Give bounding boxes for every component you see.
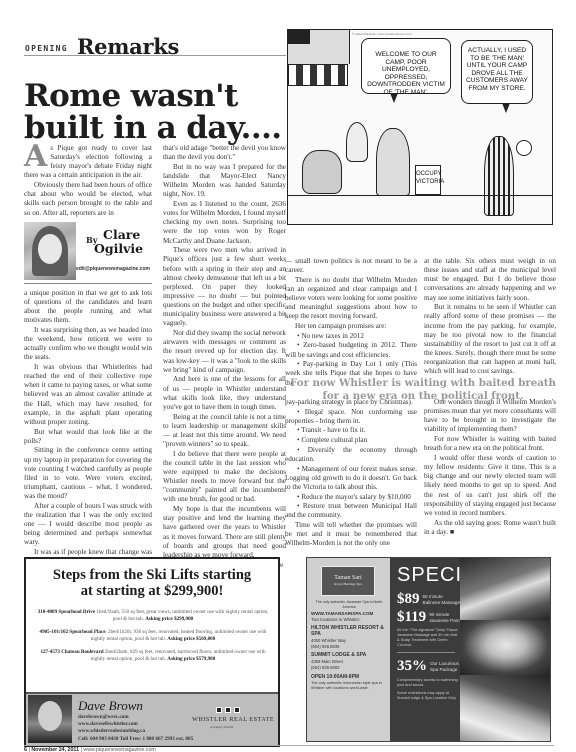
- author-last-name: Ogilvie: [94, 244, 143, 253]
- article-paragraph: Being at the council table is not a time…: [163, 413, 286, 450]
- location-2-phone: (604) 938.5982: [311, 665, 387, 671]
- author-first-name: Clare: [103, 230, 140, 239]
- promise-item: • Complete cultural plan: [285, 436, 417, 445]
- brand-logo-icon: [234, 707, 240, 713]
- article-paragraph: that's old adage "better the devil you k…: [163, 144, 286, 162]
- agent-email-link[interactable]: davebrown@wrec.com: [78, 714, 129, 720]
- cartoon-figure-protester: [376, 128, 410, 196]
- article-paragraph: a unique position in that we get to ask …: [24, 289, 152, 326]
- spa-photo-woman: [460, 620, 551, 675]
- agent-website-link[interactable]: www.davesellswhistler.com: [78, 721, 138, 727]
- spa-tagline: The only authentic Javanese Spa in North…: [311, 600, 387, 609]
- offer-1: $8960 minuteBalinese Massage: [397, 591, 460, 609]
- cartoon-figure-woman: [346, 122, 368, 162]
- issue-date: November 24, 2011: [31, 747, 79, 752]
- article-paragraph: Time will tell whether the promises will…: [285, 521, 417, 548]
- article-paragraph: My hope is that the incumbents will stay…: [163, 505, 286, 560]
- location-1-name: HILTON WHISTLER RESORT & SPA: [311, 625, 387, 637]
- ad-headline: Steps from the Ski Lifts starting at sta…: [26, 567, 278, 599]
- section-header: OPENING Remarks: [24, 32, 286, 56]
- spa-ad[interactable]: Taman Sari Royal Heritage Spa The only a…: [306, 557, 551, 742]
- promise-item: • Reduce the mayor's salary by $10,000: [285, 493, 417, 502]
- location-1-phone: (604) 938.8836: [311, 644, 387, 650]
- promise-item: • Illegal space. Non conforming use prop…: [285, 408, 417, 426]
- article-paragraph: — small town politics is not meant to be…: [285, 257, 417, 275]
- spa-photo-massage: [460, 558, 551, 620]
- listing-1: 310-4809 Spearhead Drive 1bed/1bath, 550…: [36, 609, 270, 623]
- article-paragraph: pay-parking strategy in place by Christm…: [285, 398, 417, 407]
- drop-cap: A: [24, 145, 47, 169]
- cartoon-figure-shopkeeper: [484, 136, 514, 216]
- cartoon-credit: © Adrian Raeside / www.raesidecartoon.co…: [352, 32, 411, 36]
- article-paragraph: After a couple of hours I was struck wit…: [24, 502, 152, 548]
- promise-item: • Management of our forest makes sense. …: [285, 465, 417, 492]
- author-email-link[interactable]: edit@piquenewsmagazine.com: [76, 265, 150, 274]
- listing-3: 127-4573 Chateau Boulevard 2bed/2bath, 8…: [36, 649, 270, 663]
- promise-item: • No new taxes in 2012: [285, 332, 417, 341]
- page-footer: 6 | November 24, 2011 | www.piquenewsmag…: [24, 745, 554, 752]
- article-paragraph: Her ten campaign promises are:: [285, 322, 417, 331]
- article-paragraph: I do believe that there were people at t…: [163, 450, 286, 505]
- spa-hours: OPEN 10:00AM-8PM: [311, 674, 387, 680]
- spa-locations-intro: Two locations in Whistler:: [311, 617, 387, 623]
- agent-name: Dave Brown: [78, 698, 143, 714]
- article-paragraph: There is no doubt that Wilhelm Morden ra…: [285, 276, 417, 322]
- cartoon-shopfront: [288, 30, 350, 64]
- speech-bubble-protester: Welcome to our camp, poor unemployed, op…: [361, 38, 451, 94]
- brand-logo-icon: [216, 707, 222, 713]
- article-paragraph: These were two men who arrived in Pique'…: [163, 246, 286, 328]
- cartoon-ground: [288, 195, 553, 196]
- article-paragraph: It was obvious that Whistlerites had rea…: [24, 363, 152, 427]
- article-paragraph: As Pique got ready to cover last Saturda…: [24, 144, 152, 181]
- real-estate-ad[interactable]: Steps from the Ski Lifts starting at sta…: [24, 557, 280, 747]
- section-title: Remarks: [77, 34, 179, 59]
- cartoon-awning: [288, 64, 348, 86]
- location-2-name: SUMMIT LODGE & SPA: [311, 652, 387, 658]
- section-kicker: OPENING: [25, 44, 68, 53]
- article-paragraph: As the old saying goes: Rome wasn't buil…: [424, 519, 556, 537]
- promise-item: • Zero-based budgeting in 2012. There wi…: [285, 341, 417, 359]
- cartoon-bindle: [516, 140, 532, 156]
- promise-item: • Diversify the economy through educatio…: [285, 446, 417, 464]
- byline: By Clare Ogilvie edit@piquenewsmagazine.…: [24, 222, 152, 284]
- article-headline: Rome wasn't built in a day....: [24, 80, 294, 144]
- article-column-1: As Pique got ready to cover last Saturda…: [24, 144, 152, 576]
- article-paragraph: For now Whistler is waiting with baited …: [424, 435, 556, 453]
- article-column-4-continued: One wonders though if Wilhelm Morden's p…: [424, 398, 556, 537]
- article-paragraph: Sitting in the conference centre setting…: [24, 446, 152, 501]
- article-paragraph: It was surprising then, as we headed int…: [24, 326, 152, 363]
- article-paragraph: But in no way was I prepared for the lan…: [163, 163, 286, 200]
- brokerage-name: Whistler Real Estate: [192, 716, 274, 723]
- article-paragraph: But it remains to be seen if Whistler ca…: [424, 303, 556, 376]
- promise-item: • Restore trust between Municipal Hall a…: [285, 502, 417, 520]
- article-paragraph: But what would that look like at the pol…: [24, 428, 152, 446]
- spa-hours-desc: The only authentic Indonesian style spa …: [311, 681, 387, 691]
- speech-bubble-shopkeeper: Actually, I used to be 'the man' until y…: [461, 40, 533, 104]
- promise-item: • Transit - have to fix it.: [285, 426, 417, 435]
- article-column-2: that's old adage "better the devil you k…: [163, 144, 286, 570]
- agent-phone: Cell: 604 903 8438 Toll Free: 1 800 667 …: [78, 736, 193, 742]
- article-paragraph: Obviously there had been hours of office…: [24, 181, 152, 218]
- article-paragraph: Nor did they swamp the social network ai…: [163, 329, 286, 375]
- restrictions-note: Some restrictions may apply at Summit lo…: [397, 691, 459, 701]
- brand-logo-icon: [225, 707, 231, 713]
- article-paragraph: One wonders though if Wilhelm Morden's p…: [424, 398, 556, 435]
- article-column-3-continued: pay-parking strategy in place by Christm…: [285, 398, 417, 549]
- article-paragraph: at the table. Six others must weigh in o…: [424, 257, 556, 303]
- occupy-sign: OCCUPY VICTORIA: [415, 165, 441, 195]
- editorial-cartoon: © Adrian Raeside / www.raesidecartoon.co…: [287, 29, 553, 225]
- signature-treatment: 60 min "The signature" Deep Tissue Javan…: [397, 628, 459, 648]
- footer-website-link[interactable]: www.piquenewsmagazine.com: [83, 747, 155, 752]
- cartoon-figure-seated: [302, 150, 342, 194]
- agent-photo: [28, 695, 72, 743]
- article-paragraph: I would offer these words of caution to …: [424, 454, 556, 518]
- listing-2: 4905-101/102 Spearhead Place, 2bed/1h2th…: [36, 629, 270, 643]
- article-paragraph: Even as I listened to the count, 2636 vo…: [163, 200, 286, 246]
- article-paragraph: And here is one of the lessons for all o…: [163, 375, 286, 412]
- agent-blog-link[interactable]: www.whistlerrealestateblog.ca: [78, 728, 145, 734]
- agent-panel: Dave Brown davebrown@wrec.com www.davese…: [26, 692, 278, 745]
- divider: [397, 652, 455, 653]
- offer-discount: 35%Our LuxuriousSpa Package: [397, 658, 459, 676]
- complimentary-note: Complimentary access to swimming pool an…: [397, 678, 459, 688]
- spa-info-panel: Taman Sari Royal Heritage Spa The only a…: [307, 558, 390, 741]
- spa-photo-treatment: [460, 675, 551, 742]
- page-number: 6: [24, 747, 27, 752]
- author-photo: [24, 222, 76, 280]
- brokerage-subtitle: company limited: [210, 725, 233, 729]
- article-column-4: at the table. Six others must weigh in o…: [424, 257, 556, 377]
- article-column-3: — small town politics is not meant to be…: [285, 257, 417, 388]
- spa-logo: Taman Sari Royal Heritage Spa: [321, 566, 375, 596]
